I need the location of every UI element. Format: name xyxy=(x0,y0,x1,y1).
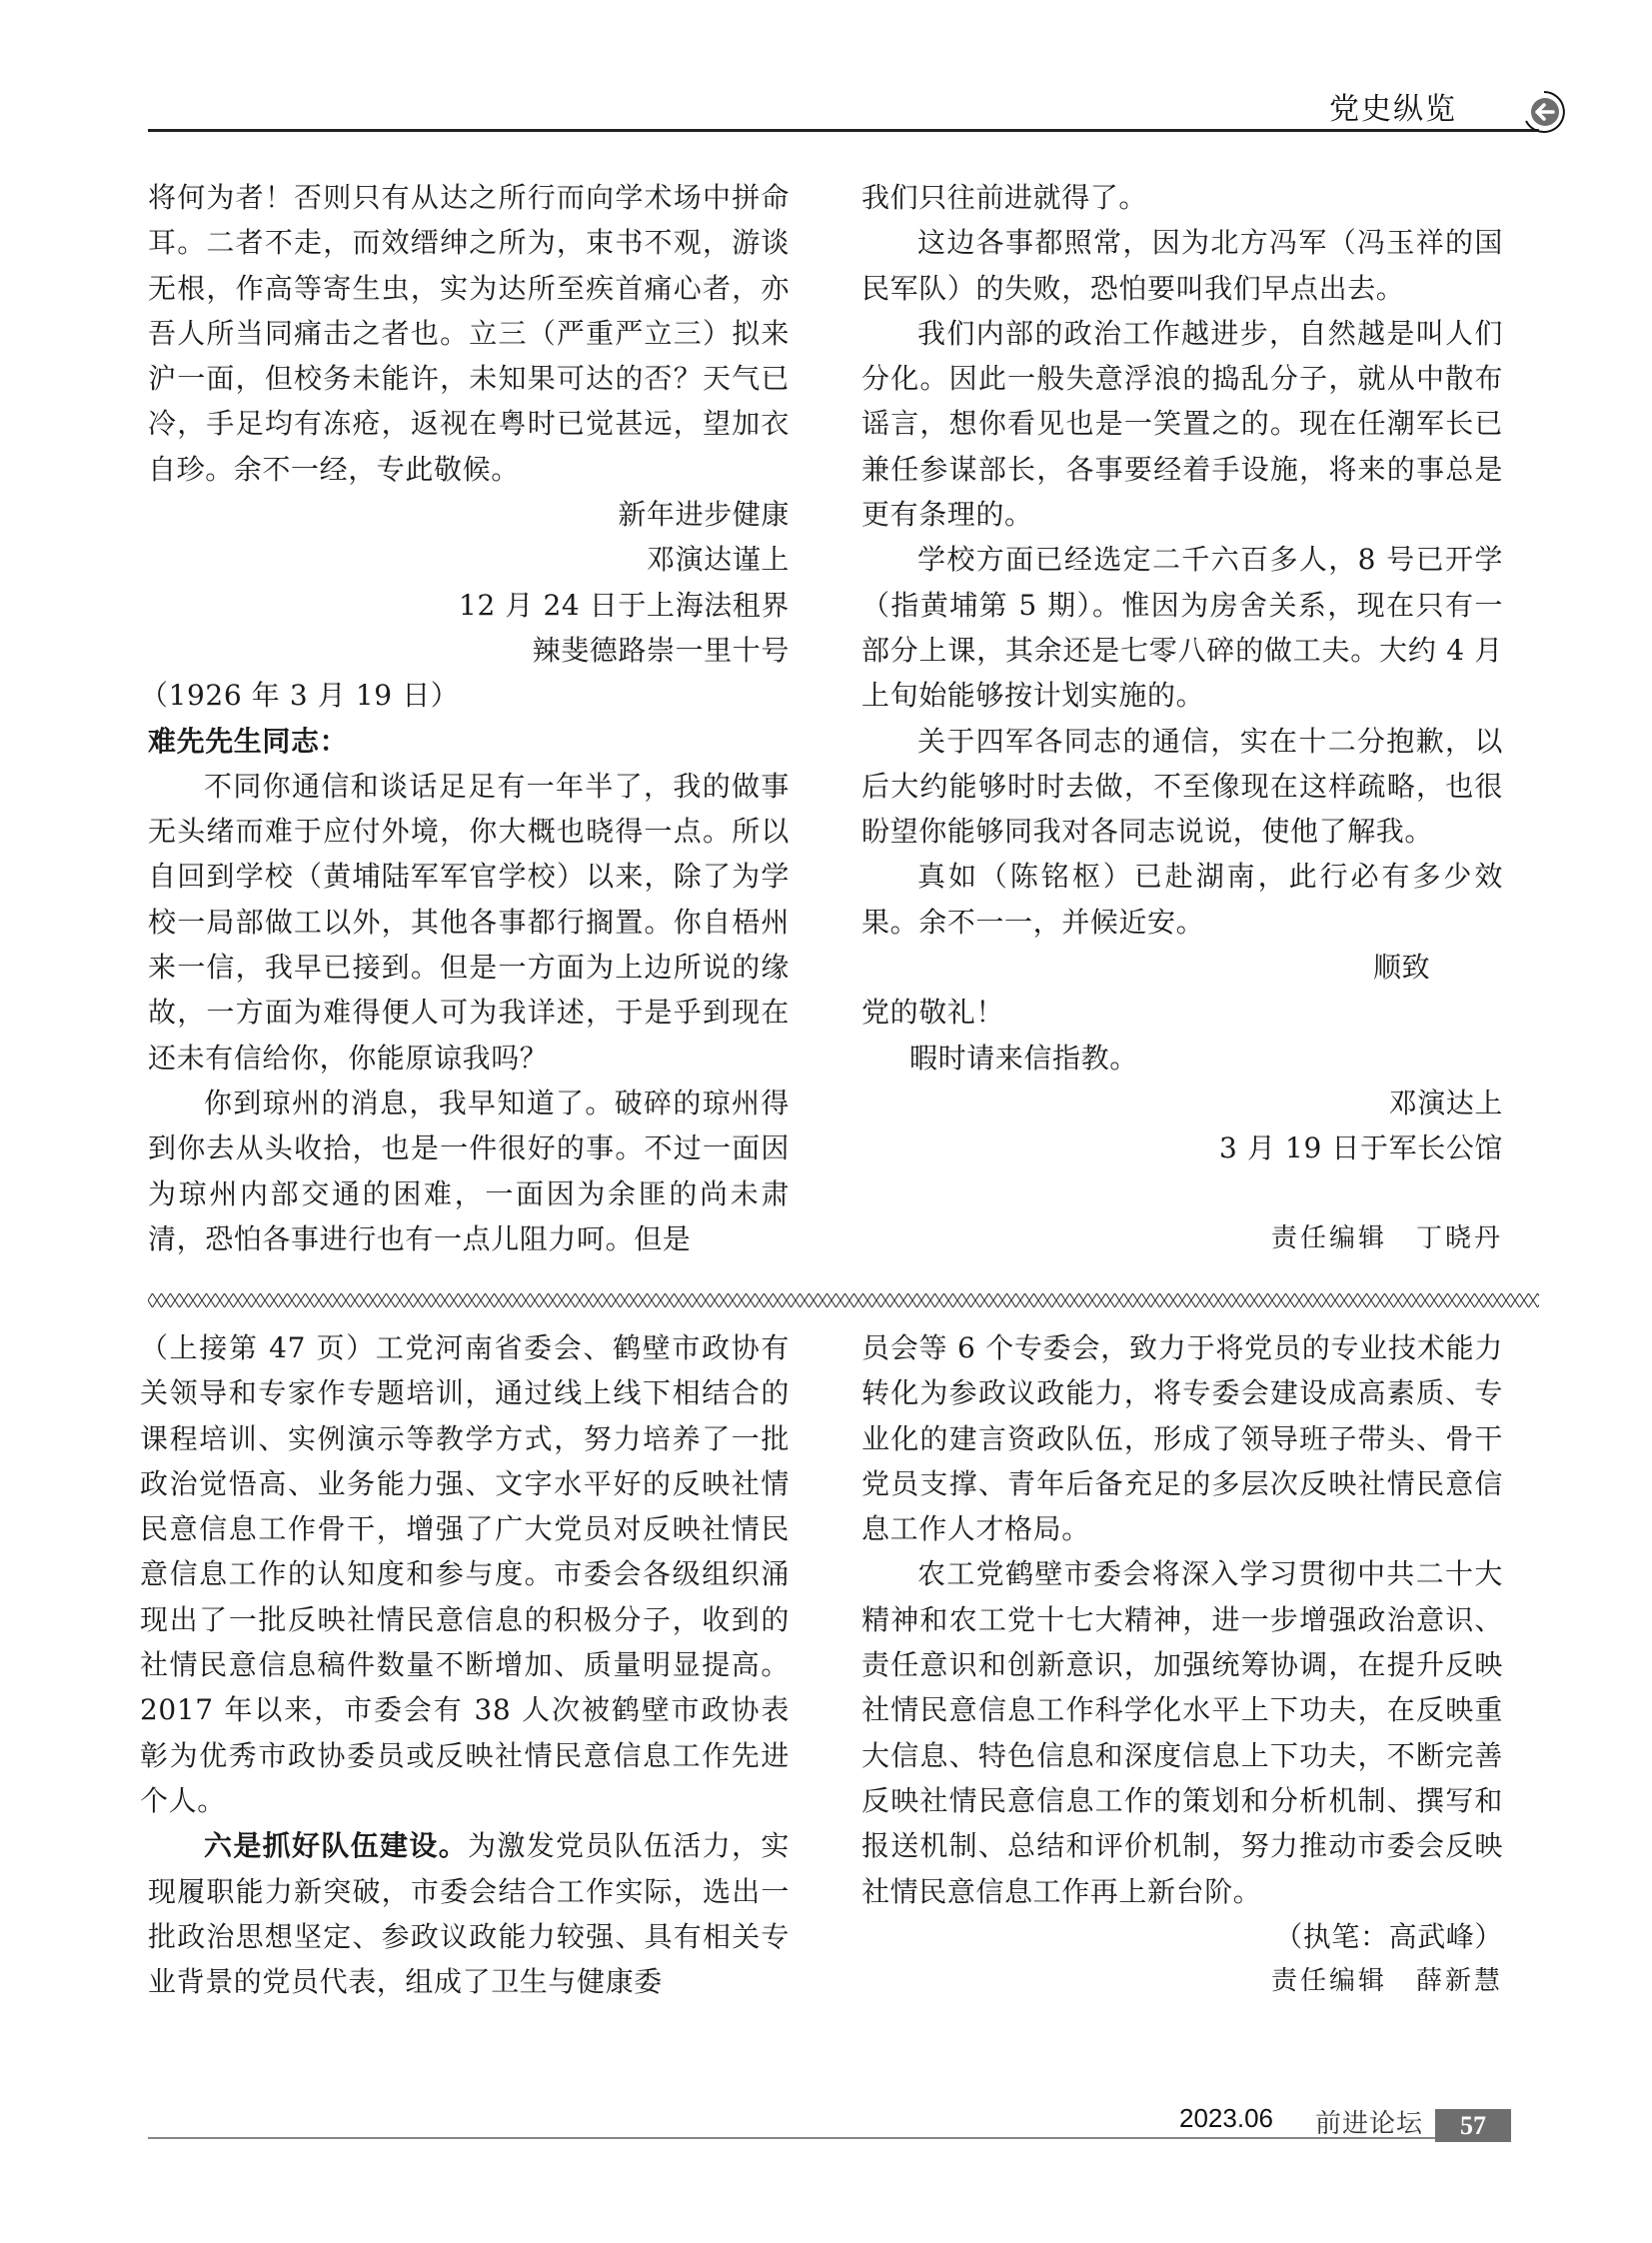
circle-arrow-left-icon xyxy=(1522,90,1566,134)
article-paragraph: 农工党鹤壁市委会将深入学习贯彻中共二十大精神和农工党十七大精神，进一步增强政治意… xyxy=(861,1551,1503,1913)
letter2-salutation: 难先先生同志： xyxy=(148,719,790,764)
letter1-address: 辣斐德路崇一里十号 xyxy=(148,628,790,673)
letter2-postscript: 暇时请来信指教。 xyxy=(861,1036,1503,1081)
article-paragraph: （上接第 47 页）工党河南省委会、鹤壁市政协有关领导和专家作专题培训，通过线上… xyxy=(140,1325,790,1823)
letter2-salute-2: 党的敬礼！ xyxy=(861,990,1503,1035)
section-title: 党史纵览 xyxy=(1329,84,1457,128)
letter2-paragraph: 学校方面已经选定二千六百多人，8 号已开学（指黄埔第 5 期）。惟因为房舍关系，… xyxy=(861,537,1503,718)
letter2-lead: 我们只往前进就得了。 xyxy=(861,175,1503,220)
article-column-bottom-left: （上接第 47 页）工党河南省委会、鹤壁市政协有关领导和专家作专题培训，通过线上… xyxy=(148,1325,790,2004)
letter1-closing: 新年进步健康 xyxy=(148,492,790,537)
spacer xyxy=(861,1171,1503,1216)
article-paragraph: 六是抓好队伍建设。为激发党员队伍活力，实现履职能力新突破，市委会结合工作实际，选… xyxy=(148,1823,790,2004)
issue-date: 2023.06 xyxy=(1179,2103,1273,2134)
letter2-paragraph: 不同你通信和谈话足足有一年半了，我的做事无头绪而难于应付外境，你大概也晓得一点。… xyxy=(148,764,790,1081)
letter1-date: 12 月 24 日于上海法租界 xyxy=(148,583,790,628)
letter-column-top-right: 我们只往前进就得了。 这边各事都照常，因为北方冯军（冯玉祥的国民军队）的失败，恐… xyxy=(861,175,1503,1261)
footer-rule xyxy=(148,2137,1437,2139)
author-credit: （执笔：高武峰） xyxy=(861,1914,1503,1959)
letter1-signature: 邓演达谨上 xyxy=(148,537,790,582)
article-column-bottom-right: 员会等 6 个专委会，致力于将党员的专业技术能力转化为参政议政能力，将专委会建设… xyxy=(861,1325,1503,2004)
letter2-paragraph: 关于四军各同志的通信，实在十二分抱歉，以后大约能够时时去做，不至像现在这样疏略，… xyxy=(861,719,1503,855)
editor-credit: 责任编辑 丁晓丹 xyxy=(861,1216,1503,1261)
letter2-salute-1: 顺致 xyxy=(861,945,1503,990)
section-divider xyxy=(148,1293,1539,1307)
article-paragraph: 员会等 6 个专委会，致力于将党员的专业技术能力转化为参政议政能力，将专委会建设… xyxy=(861,1325,1503,1551)
letter2-paragraph: 我们内部的政治工作越进步，自然越是叫人们分化。因此一般失意浮浪的捣乱分子，就从中… xyxy=(861,311,1503,537)
magazine-title: 前进论坛 xyxy=(1315,2103,1423,2140)
letter2-sign-date: 3 月 19 日于军长公馆 xyxy=(861,1125,1503,1170)
page-number: 57 xyxy=(1435,2109,1511,2142)
letter1-body: 将何为者！否则只有从达之所行而向学术场中拼命耳。二者不走，而效缙绅之所为，束书不… xyxy=(148,175,790,492)
letter2-paragraph: 真如（陈铭枢）已赴湖南，此行必有多少效果。余不一一，并候近安。 xyxy=(861,854,1503,945)
letter2-signature: 邓演达上 xyxy=(861,1081,1503,1125)
letter2-date: （1926 年 3 月 19 日） xyxy=(140,673,790,718)
letter-column-top-left: 将何为者！否则只有从达之所行而向学术场中拼命耳。二者不走，而效缙绅之所为，束书不… xyxy=(148,175,790,1261)
letter2-paragraph: 你到琼州的消息，我早知道了。破碎的琼州得到你去从头收拾，也是一件很好的事。不过一… xyxy=(148,1081,790,1261)
editor-credit: 责任编辑 薛新慧 xyxy=(861,1959,1503,2004)
section-heading: 六是抓好队伍建设。 xyxy=(204,1829,468,1862)
letter2-paragraph: 这边各事都照常，因为北方冯军（冯玉祥的国民军队）的失败，恐怕要叫我们早点出去。 xyxy=(861,220,1503,311)
header-rule xyxy=(148,129,1539,132)
